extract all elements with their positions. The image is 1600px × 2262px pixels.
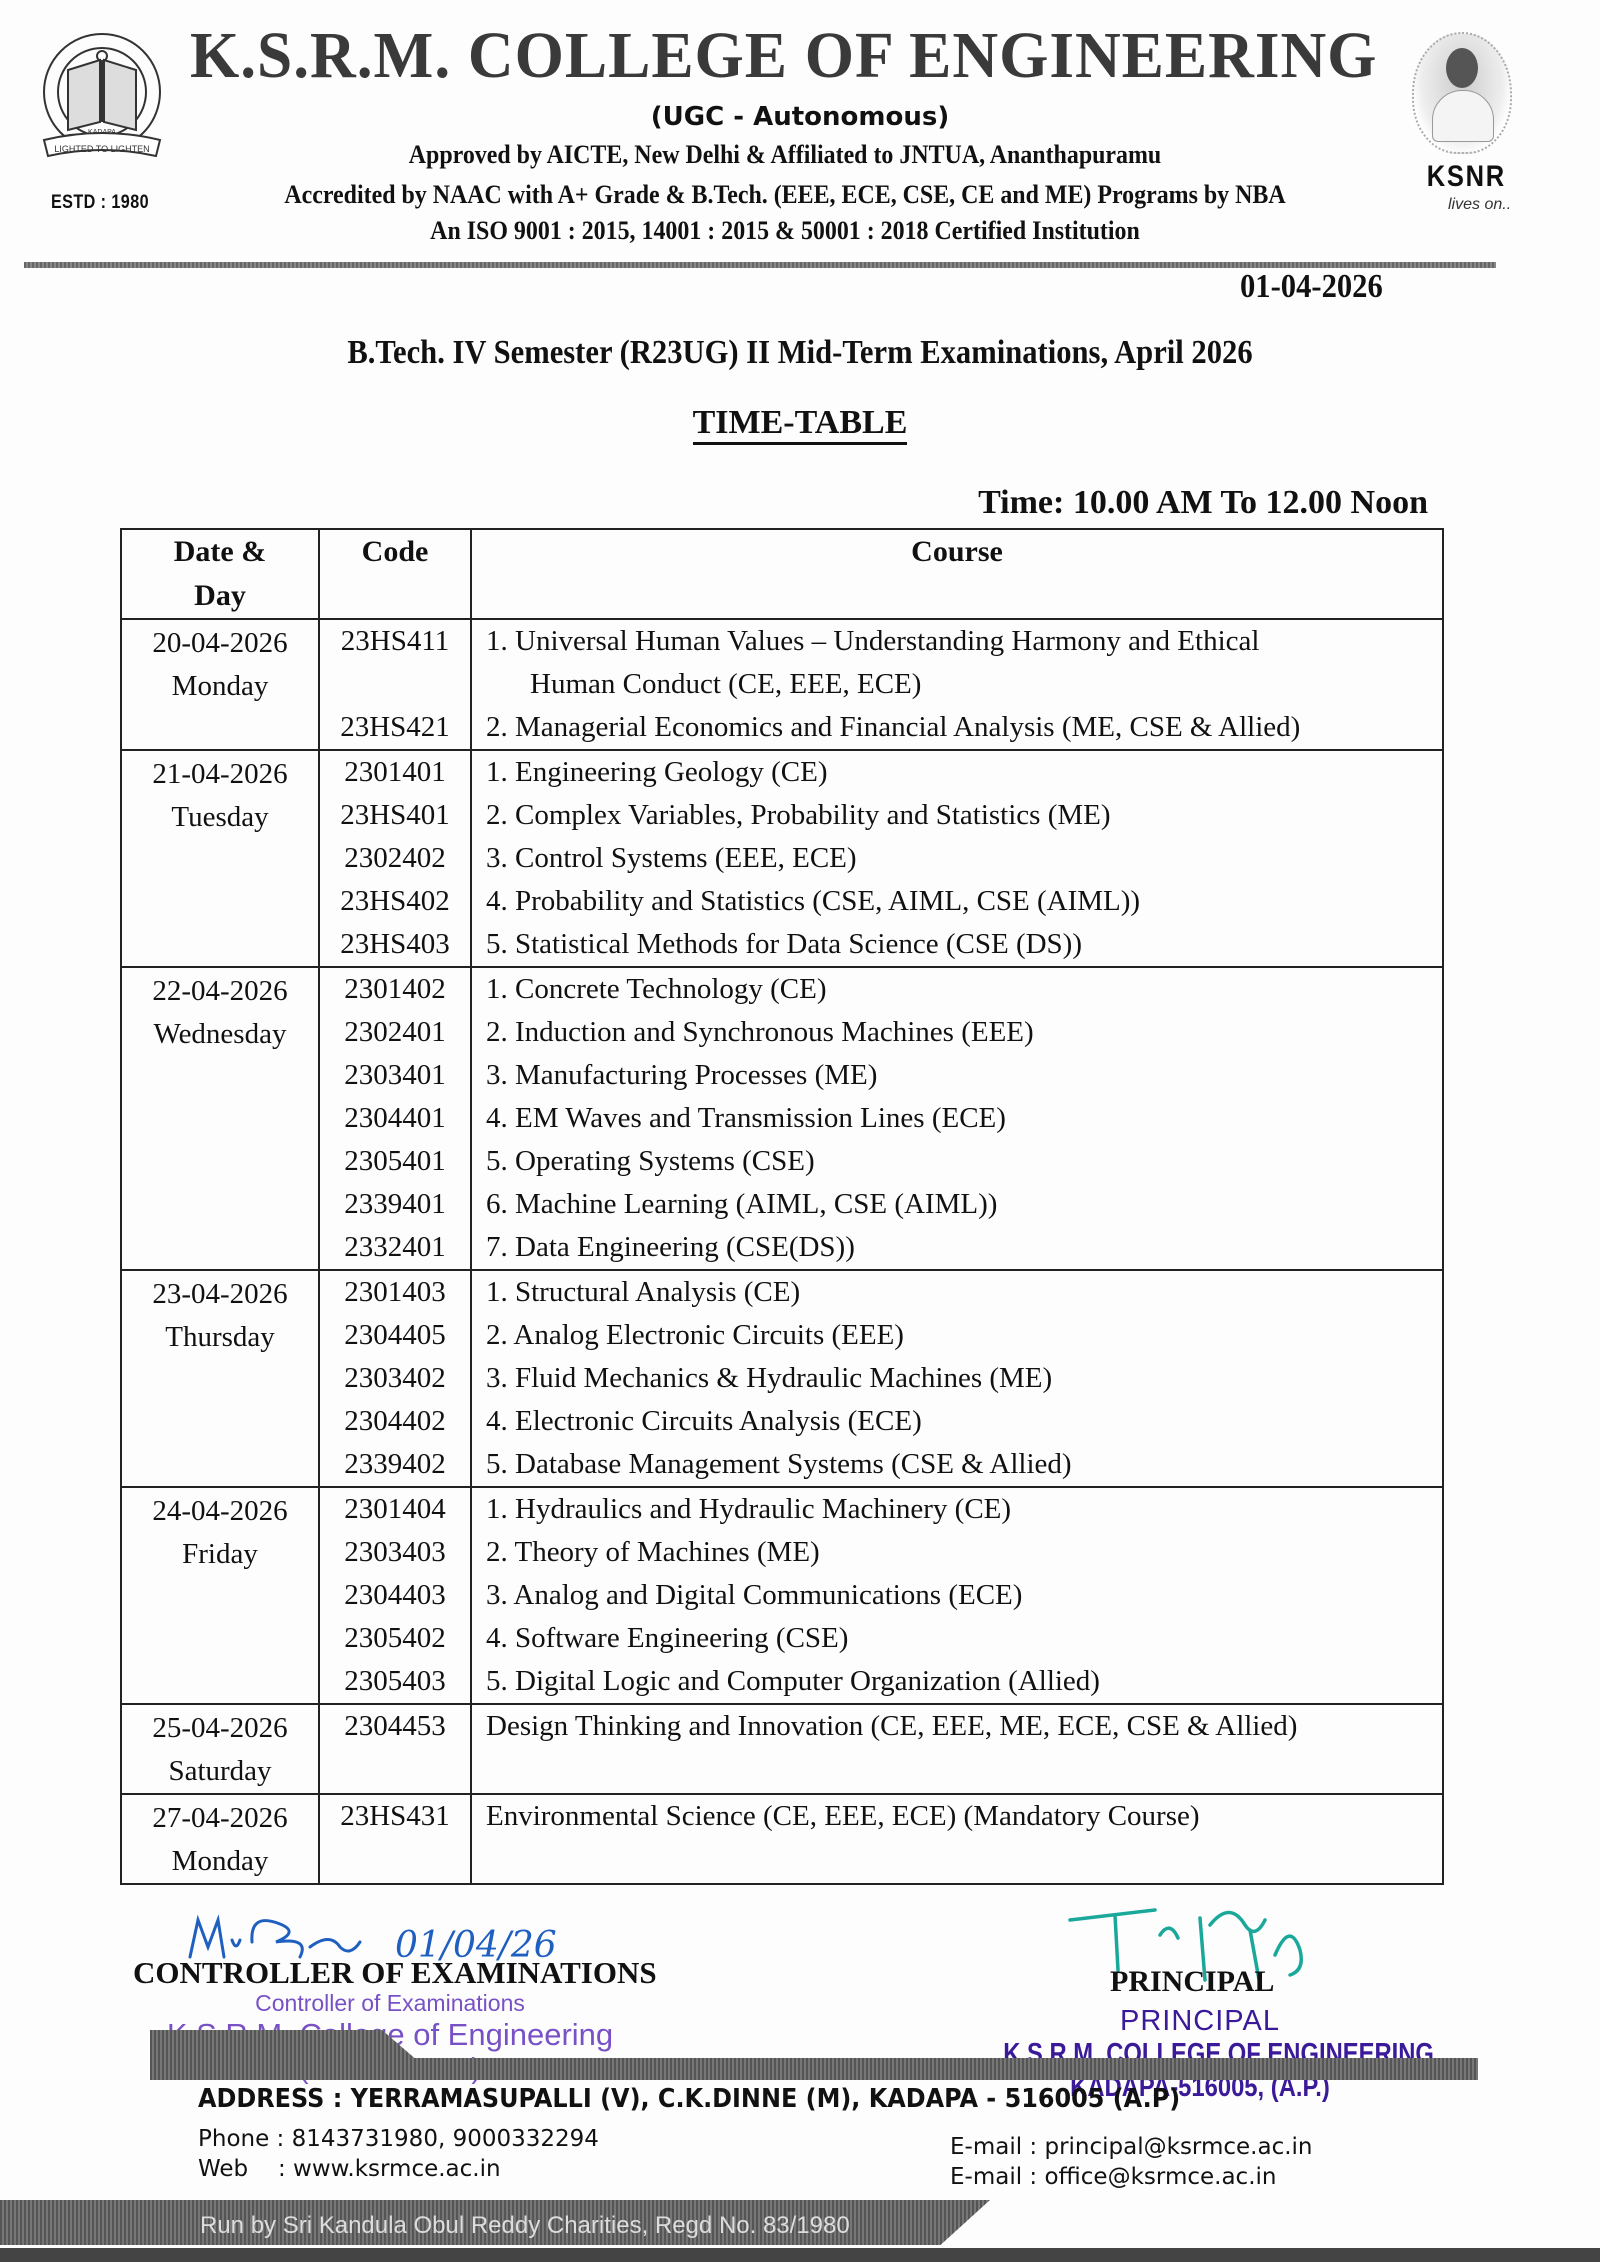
code-cell: 23HS431 [319, 1794, 471, 1884]
founder-tagline: lives on.. [1448, 196, 1511, 214]
course-cell: 1. Structural Analysis (CE)2. Analog Ele… [471, 1270, 1443, 1487]
course-name: 3. Control Systems (EEE, ECE) [486, 837, 1442, 880]
exam-date: 25-04-2026 [122, 1707, 318, 1750]
course-code: 2303401 [320, 1054, 470, 1097]
course-code: 2305401 [320, 1140, 470, 1183]
spacer [486, 1838, 1442, 1881]
code-cell: 2304453 [319, 1704, 471, 1794]
exam-date: 27-04-2026 [122, 1797, 318, 1840]
course-code: 23HS402 [320, 880, 470, 923]
phone-numbers: Phone : 8143731980, 9000332294 [198, 2126, 599, 2152]
footer-band [150, 2058, 1478, 2080]
spacer [320, 1748, 470, 1791]
course-name: 1. Concrete Technology (CE) [486, 968, 1442, 1011]
course-name: 6. Machine Learning (AIML, CSE (AIML)) [486, 1183, 1442, 1226]
date-day-cell: 23-04-2026Thursday [121, 1270, 319, 1487]
course-name: 2. Induction and Synchronous Machines (E… [486, 1011, 1442, 1054]
course-name: 2. Complex Variables, Probability and St… [486, 794, 1442, 837]
course-code: 23HS401 [320, 794, 470, 837]
timetable-heading: TIME-TABLE [600, 404, 1000, 442]
course-code: 2302402 [320, 837, 470, 880]
course-cell: 1. Engineering Geology (CE)2. Complex Va… [471, 750, 1443, 967]
course-name: 5. Operating Systems (CSE) [486, 1140, 1442, 1183]
website-link[interactable]: : www.ksrmce.ac.in [278, 2156, 501, 2182]
header-course: Course [471, 529, 1443, 619]
course-name: Human Conduct (CE, EEE, ECE) [486, 663, 1442, 706]
date-day-cell: 24-04-2026Friday [121, 1487, 319, 1704]
date-day-cell: 20-04-2026Monday [121, 619, 319, 750]
table-row: 22-04-2026Wednesday230140223024012303401… [121, 967, 1443, 1270]
course-code: 2305403 [320, 1660, 470, 1703]
course-name: Environmental Science (CE, EEE, ECE) (Ma… [486, 1795, 1442, 1838]
course-name: 4. Probability and Statistics (CSE, AIML… [486, 880, 1442, 923]
college-crest-icon: LIGHTED TO LIGHTEN KADAPA [38, 30, 166, 168]
table-row: 24-04-2026Friday230140423034032304403230… [121, 1487, 1443, 1704]
course-name: 3. Fluid Mechanics & Hydraulic Machines … [486, 1357, 1442, 1400]
course-name: 2. Analog Electronic Circuits (EEE) [486, 1314, 1442, 1357]
course-name: 1. Engineering Geology (CE) [486, 751, 1442, 794]
code-cell: 230140123HS401230240223HS40223HS403 [319, 750, 471, 967]
table-row: 21-04-2026Tuesday230140123HS401230240223… [121, 750, 1443, 967]
exam-day: Tuesday [122, 796, 318, 839]
course-code: 2302401 [320, 1011, 470, 1054]
date-day-cell: 25-04-2026Saturday [121, 1704, 319, 1794]
course-name: 1. Structural Analysis (CE) [486, 1271, 1442, 1314]
exam-date: 20-04-2026 [122, 622, 318, 665]
course-name: 3. Analog and Digital Communications (EC… [486, 1574, 1442, 1617]
course-cell: Design Thinking and Innovation (CE, EEE,… [471, 1704, 1443, 1794]
course-code: 2304405 [320, 1314, 470, 1357]
established-year: ESTD : 1980 [41, 192, 160, 214]
course-code: 2305402 [320, 1617, 470, 1660]
course-name: Design Thinking and Innovation (CE, EEE,… [486, 1705, 1442, 1748]
registration-note: Run by Sri Kandula Obul Reddy Charities,… [200, 2212, 850, 2240]
course-name: 2. Theory of Machines (ME) [486, 1531, 1442, 1574]
header-date-day: Date &Day [121, 529, 319, 619]
course-code: 2301402 [320, 968, 470, 1011]
table-row: 25-04-2026Saturday2304453Design Thinking… [121, 1704, 1443, 1794]
exam-title: B.Tech. IV Semester (R23UG) II Mid-Term … [170, 334, 1430, 372]
founder-name: KSNR [1427, 160, 1504, 194]
date-day-cell: 22-04-2026Wednesday [121, 967, 319, 1270]
date-day-cell: 21-04-2026Tuesday [121, 750, 319, 967]
date-day-cell: 27-04-2026Monday [121, 1794, 319, 1884]
principal-title: PRINCIPAL [1110, 1965, 1274, 1999]
code-cell: 23014042303403230440323054022305403 [319, 1487, 471, 1704]
course-code: 2303403 [320, 1531, 470, 1574]
course-code: 23HS421 [320, 706, 470, 749]
course-code: 2304402 [320, 1400, 470, 1443]
table-row: 27-04-2026Monday23HS431Environmental Sci… [121, 1794, 1443, 1884]
course-name: 4. Electronic Circuits Analysis (ECE) [486, 1400, 1442, 1443]
svg-text:KADAPA: KADAPA [88, 129, 116, 136]
founder-portrait-icon [1412, 32, 1512, 154]
exam-day: Thursday [122, 1316, 318, 1359]
document-date: 01-04-2026 [1240, 268, 1383, 306]
course-name: 2. Managerial Economics and Financial An… [486, 706, 1442, 749]
website: Web: www.ksrmce.ac.in [198, 2156, 501, 2182]
course-cell: Environmental Science (CE, EEE, ECE) (Ma… [471, 1794, 1443, 1884]
exam-time: Time: 10.00 AM To 12.00 Noon [900, 484, 1428, 522]
spacer [320, 1838, 470, 1881]
course-code: 2339402 [320, 1443, 470, 1486]
course-code: 2304403 [320, 1574, 470, 1617]
autonomous-status: (UGC - Autonomous) [610, 102, 990, 132]
code-cell: 2301402230240123034012304401230540123394… [319, 967, 471, 1270]
college-address: ADDRESS : YERRAMASUPALLI (V), C.K.DINNE … [198, 2084, 1180, 2114]
code-cell: 23HS41123HS421 [319, 619, 471, 750]
email-principal[interactable]: E-mail : principal@ksrmce.ac.in [950, 2134, 1313, 2160]
exam-day: Monday [122, 1840, 318, 1883]
svg-text:LIGHTED TO LIGHTEN: LIGHTED TO LIGHTEN [54, 144, 149, 154]
college-name: K.S.R.M. COLLEGE OF ENGINEERING [190, 18, 1371, 94]
timetable: Date &Day Code Course 20-04-2026Monday23… [120, 528, 1444, 1885]
course-name: 5. Statistical Methods for Data Science … [486, 923, 1442, 966]
header-code: Code [319, 529, 471, 619]
course-cell: 1. Concrete Technology (CE)2. Induction … [471, 967, 1443, 1270]
course-code: 23HS411 [320, 620, 470, 663]
course-cell: 1. Hydraulics and Hydraulic Machinery (C… [471, 1487, 1443, 1704]
page-bottom-edge [0, 2248, 1600, 2262]
iso-certification-line: An ISO 9001 : 2015, 14001 : 2015 & 50001… [201, 216, 1369, 246]
course-code: 2339401 [320, 1183, 470, 1226]
accreditation-line: Accredited by NAAC with A+ Grade & B.Tec… [201, 180, 1369, 210]
controller-title: CONTROLLER OF EXAMINATIONS [133, 1955, 657, 1991]
course-code: 2303402 [320, 1357, 470, 1400]
exam-date: 23-04-2026 [122, 1273, 318, 1316]
course-name: 1. Universal Human Values – Understandin… [486, 620, 1442, 663]
table-row: 20-04-2026Monday23HS41123HS4211. Univers… [121, 619, 1443, 750]
course-code: 2304401 [320, 1097, 470, 1140]
code-cell: 23014032304405230340223044022339402 [319, 1270, 471, 1487]
course-code: 2301404 [320, 1488, 470, 1531]
course-code: 2301403 [320, 1271, 470, 1314]
course-name: 5. Database Management Systems (CSE & Al… [486, 1443, 1442, 1486]
email-office[interactable]: E-mail : office@ksrmce.ac.in [950, 2164, 1276, 2190]
course-code-spacer [320, 663, 470, 706]
exam-day: Saturday [122, 1750, 318, 1793]
table-row: 23-04-2026Thursday2301403230440523034022… [121, 1270, 1443, 1487]
course-code: 2304453 [320, 1705, 470, 1748]
exam-date: 21-04-2026 [122, 753, 318, 796]
exam-date: 24-04-2026 [122, 1490, 318, 1533]
course-code: 23HS431 [320, 1795, 470, 1838]
course-name: 4. Software Engineering (CSE) [486, 1617, 1442, 1660]
course-name: 3. Manufacturing Processes (ME) [486, 1054, 1442, 1097]
course-name: 7. Data Engineering (CSE(DS)) [486, 1226, 1442, 1269]
exam-day: Friday [122, 1533, 318, 1576]
course-name: 1. Hydraulics and Hydraulic Machinery (C… [486, 1488, 1442, 1531]
course-code: 2332401 [320, 1226, 470, 1269]
course-name: 4. EM Waves and Transmission Lines (ECE) [486, 1097, 1442, 1140]
spacer [486, 1748, 1442, 1791]
exam-day: Wednesday [122, 1013, 318, 1056]
table-header-row: Date &Day Code Course [121, 529, 1443, 619]
course-name: 5. Digital Logic and Computer Organizati… [486, 1660, 1442, 1703]
course-code: 23HS403 [320, 923, 470, 966]
course-code: 2301401 [320, 751, 470, 794]
exam-date: 22-04-2026 [122, 970, 318, 1013]
exam-day: Monday [122, 665, 318, 708]
course-cell: 1. Universal Human Values – Understandin… [471, 619, 1443, 750]
approval-line: Approved by AICTE, New Delhi & Affiliate… [201, 140, 1369, 170]
